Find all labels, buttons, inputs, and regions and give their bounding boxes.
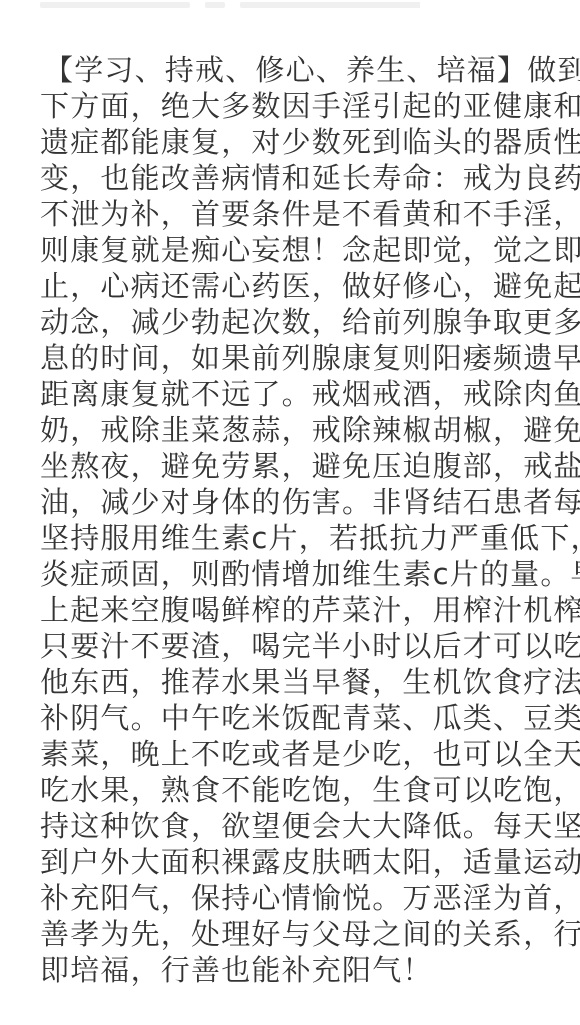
article-line: 即培福，行善也能补充阳气！	[40, 952, 540, 988]
article-line: 上起来空腹喝鲜榨的芹菜汁，用榨汁机榨，	[40, 592, 540, 628]
article-line: 止，心病还需心药医，做好修心，避免起心	[40, 268, 540, 304]
article-line: 吃水果，熟食不能吃饱，生食可以吃饱，保	[40, 772, 540, 808]
article-line: 坚持服用维生素c片，若抵抗力严重低下，	[40, 520, 540, 556]
faded-text-fragment	[205, 2, 225, 8]
article-line: 距离康复就不远了。戒烟戒酒，戒除肉鱼蛋	[40, 376, 540, 412]
article-line: 炎症顽固，则酌情增加维生素c片的量。早	[40, 556, 540, 592]
article-line: 油，减少对身体的伤害。非肾结石患者每天	[40, 484, 540, 520]
article-body: 【学习、持戒、修心、养生、培福】做到以 下方面，绝大多数因手淫引起的亚健康和后 …	[40, 52, 540, 988]
article-line: 奶，戒除韭菜葱蒜，戒除辣椒胡椒，避免久	[40, 412, 540, 448]
faded-text-fragment	[240, 2, 420, 8]
article-line: 他东西，推荐水果当早餐，生机饮食疗法峻	[40, 664, 540, 700]
article-line: 则康复就是痴心妄想！念起即觉，觉之即	[40, 232, 540, 268]
cut-off-previous-text	[40, 0, 420, 8]
article-line: 善孝为先，处理好与父母之间的关系，行孝	[40, 916, 540, 952]
article-line: 素菜，晚上不吃或者是少吃，也可以全天只	[40, 736, 540, 772]
article-line: 息的时间，如果前列腺康复则阳痿频遗早泄	[40, 340, 540, 376]
article-line: 不泄为补，首要条件是不看黄和不手淫，否	[40, 196, 540, 232]
article-line: 补充阳气，保持心情愉悦。万恶淫为首，百	[40, 880, 540, 916]
article-line: 动念，减少勃起次数，给前列腺争取更多休	[40, 304, 540, 340]
article-line: 变，也能改善病情和延长寿命：戒为良药，	[40, 160, 540, 196]
article-line: 持这种饮食，欲望便会大大降低。每天坚持	[40, 808, 540, 844]
article-line: 下方面，绝大多数因手淫引起的亚健康和后	[40, 88, 540, 124]
article-line: 只要汁不要渣，喝完半小时以后才可以吃其	[40, 628, 540, 664]
article-line: 【学习、持戒、修心、养生、培福】做到以	[40, 52, 540, 88]
article-line: 遗症都能康复，对少数死到临头的器质性病	[40, 124, 540, 160]
faded-text-fragment	[40, 2, 190, 8]
article-line: 补阴气。中午吃米饭配青菜、瓜类、豆类等	[40, 700, 540, 736]
article-line: 到户外大面积裸露皮肤晒太阳，适量运动，	[40, 844, 540, 880]
article-line: 坐熬夜，避免劳累，避免压迫腹部，戒盐少	[40, 448, 540, 484]
